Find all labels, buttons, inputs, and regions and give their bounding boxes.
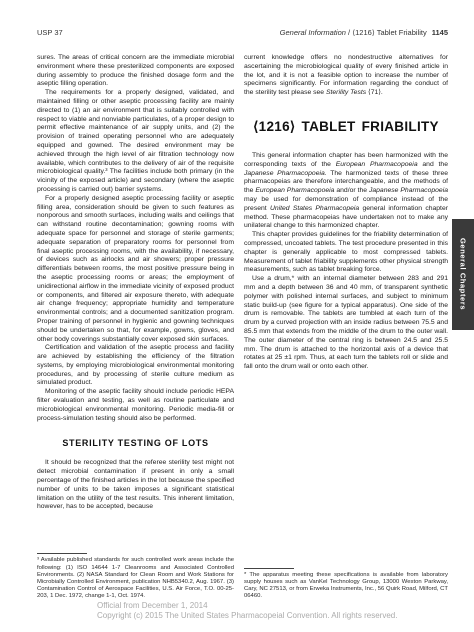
text-run: Certification and validation of the asep… xyxy=(37,344,234,386)
paragraph: This general information chapter has bee… xyxy=(244,152,448,231)
footer-copyright: Copyright (c) 2015 The United States Pha… xyxy=(97,611,397,621)
paragraph: Use a drum,* with an internal diameter b… xyxy=(244,275,448,372)
paragraph: The requirements for a properly designed… xyxy=(37,89,234,195)
header-journal-name: General Information xyxy=(280,28,346,37)
footer-official-date: Official from December 1, 2014 xyxy=(97,601,397,611)
text-run: and/or the xyxy=(334,187,369,194)
text-run: The requirements for a properly designed… xyxy=(37,89,234,193)
paragraph: For a properly designed aseptic processi… xyxy=(37,195,234,345)
header-running-title: General Information / ⟨1216⟩ Tablet Fria… xyxy=(280,28,448,37)
footnote: ³ Available published standards for such… xyxy=(37,553,234,600)
italic-run: Japanese Pharmacopoeia xyxy=(369,187,448,194)
italic-run: European Pharmacopoeia xyxy=(336,161,418,168)
text-run: Monitoring of the aseptic facility shoul… xyxy=(37,388,234,421)
text-run: Use a drum,* with an internal diameter b… xyxy=(244,275,448,370)
italic-run: European Pharmacopoeia xyxy=(255,187,334,194)
paragraph: Certification and validation of the asep… xyxy=(37,344,234,388)
footnote-text: * The apparatus meeting these specificat… xyxy=(244,572,448,600)
section-heading: STERILITY TESTING OF LOTS xyxy=(37,438,234,448)
text-run: sures. The areas of critical concern are… xyxy=(37,54,234,87)
text-run: This chapter provides guidelines for the… xyxy=(244,231,448,273)
paragraph: It should be recognized that the referee… xyxy=(37,459,234,512)
paragraph: current knowledge offers no nondestructi… xyxy=(244,54,448,98)
paragraph: This chapter provides guidelines for the… xyxy=(244,231,448,275)
column-right: current knowledge offers no nondestructi… xyxy=(244,54,448,600)
footnote-rule xyxy=(37,553,87,554)
paragraph: Monitoring of the aseptic facility shoul… xyxy=(37,388,234,423)
header-chapter-name: ⟨1216⟩ Tablet Friability xyxy=(352,28,427,37)
text-run: For a properly designed aseptic processi… xyxy=(37,195,234,343)
text-run: ⟨71⟩. xyxy=(366,89,383,96)
chapter-title: ⟨1216⟩ TABLET FRIABILITY xyxy=(244,119,448,135)
italic-run: Sterility Tests xyxy=(326,89,366,96)
italic-run: Japanese Pharmacopoeia xyxy=(244,170,325,177)
paragraph: sures. The areas of critical concern are… xyxy=(37,54,234,89)
header-usp-edition: USP 37 xyxy=(37,28,63,37)
text-run: and the xyxy=(418,161,448,168)
general-chapters-tab: General Chapters xyxy=(452,219,474,330)
two-column-body: sures. The areas of critical concern are… xyxy=(37,54,448,600)
page-header: USP 37 General Information / ⟨1216⟩ Tabl… xyxy=(37,28,448,37)
general-chapters-tab-label: General Chapters xyxy=(459,238,468,310)
column-left: sures. The areas of critical concern are… xyxy=(37,54,234,600)
italic-run: United States Pharmacopeia xyxy=(270,205,359,212)
footnote-text: ³ Available published standards for such… xyxy=(37,557,234,600)
text-run: It should be recognized that the referee… xyxy=(37,459,234,510)
header-page-number: 1145 xyxy=(432,28,448,37)
footnote: * The apparatus meeting these specificat… xyxy=(244,568,448,600)
footnote-rule xyxy=(244,568,294,569)
page-footer: Official from December 1, 2014 Copyright… xyxy=(97,601,397,621)
